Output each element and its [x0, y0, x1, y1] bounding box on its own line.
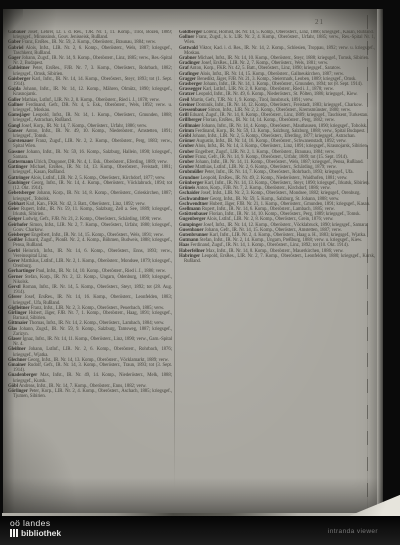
entry-surname: Görlinger — [8, 389, 28, 394]
register-entry: Gottwald Viktor, Kad. i. d. Res., IR. Nr… — [179, 46, 375, 56]
register-entry: Gratzer Leopold, Infst., IR. Nr. 49, 6. … — [179, 92, 375, 97]
entry-surname: Gerer — [8, 259, 20, 264]
register-entry: Geier Rupert, Infst., IR. Nr. 59, 11. Ko… — [8, 207, 172, 217]
register-entry: Gallner Ferdinand, Gefr., DR. Nr. 4, 5. … — [8, 103, 172, 113]
entry-surname: Gebetsberger — [8, 191, 35, 196]
register-entry: Gmainer Rudolf, Gefr., IR. Nr. 14, 3. Ko… — [8, 363, 172, 373]
entry-surname: Gleißner — [8, 347, 26, 352]
library-logo: oö landes bibliothek — [10, 518, 61, 538]
entry-surname: Gabriel — [8, 46, 23, 51]
register-entry: Gebetsberger Johann, Korp., IR. Nr. 14, … — [8, 191, 172, 201]
register-entry: Geißler Eduard, Zugsf., PionB. Nr. 2, 4.… — [8, 238, 172, 248]
entry-surname: Glaser — [8, 337, 21, 342]
entry-surname: Gerbl — [8, 249, 20, 254]
entry-surname: Gager — [8, 56, 21, 61]
register-entry: Gaber Franz, ErsRes., IR. Nr. 59, 2. Kom… — [8, 40, 172, 45]
register-entry: Gamsjäger Leopold, Infst., IR. Nr. 14, 1… — [8, 113, 172, 123]
register-entry: Gattinger Michael, ErsRes., IR. Nr. 14, … — [8, 165, 172, 175]
register-entry: Geiger Ludwig, Gefr., FJB. Nr. 21, 2. Ko… — [8, 217, 172, 222]
entry-surname: Habringer — [179, 254, 200, 259]
entry-surname: Gaubinger — [8, 181, 30, 186]
register-entry: Gollner Franz, Zugsf., k. k. LIR. Nr. 2,… — [179, 35, 375, 45]
register-entry: Girlinger Hubert, Jäger, FJB. Nr. 7, 1. … — [8, 311, 172, 321]
entry-surname: Gajda — [8, 87, 21, 92]
page-crease — [367, 15, 368, 509]
entry-surname: Gabauer — [8, 30, 26, 35]
register-entry: Glas Johann, Zugsf., IR. Nr. 59, 9. Komp… — [8, 327, 172, 337]
entry-surname: Gerstl — [8, 285, 21, 290]
entry-surname: Gassner — [8, 150, 24, 155]
entry-surname: Gallner — [8, 103, 23, 108]
entry-surname: Gaisberger — [8, 77, 30, 82]
register-entry: Gabriel Alois, Infst., LIR. Nr. 2, 6. Ko… — [8, 46, 172, 56]
logo-text-line2: bibliothek — [10, 528, 61, 538]
entry-surname: Gamsjäger — [8, 113, 30, 118]
register-entry: Gferer Josef, ErsRes., IR. Nr. 14, 16. K… — [8, 295, 172, 305]
text-column-left: Gabauer Josef, Lehrer, Lt. i. d. Res., T… — [8, 30, 172, 497]
logo-bars-icon — [10, 529, 19, 537]
register-entry: Gruber Alois, Infst., IR. Nr. 14, 3. Kom… — [179, 144, 375, 149]
entry-surname: Gnadenberger — [8, 373, 37, 378]
entry-surname: Geißler — [8, 238, 23, 243]
entry-surname: Glas — [8, 327, 17, 332]
entry-surname: Gattinger — [8, 165, 28, 170]
entry-surname: Geier — [8, 207, 19, 212]
scanned-page[interactable]: 21 Gabauer Josef, Lehrer, Lt. i. d. Res.… — [3, 9, 383, 513]
logo-text-line1: oö landes — [10, 518, 61, 528]
register-entry: Gassner Johann, Infst., IR. Nr. 59, 16. … — [8, 150, 172, 160]
page-right-edge — [377, 9, 383, 513]
entry-surname: Gottwald — [179, 46, 198, 51]
register-entry: Gager Johann, Zugsf., IR. Nr. 14, 9. Kom… — [8, 56, 172, 66]
page-number: 21 — [315, 18, 324, 26]
viewer-canvas[interactable]: 21 Gabauer Josef, Lehrer, Lt. i. d. Res.… — [0, 0, 400, 545]
viewer-product-label: intranda viewer — [328, 528, 378, 535]
register-entry: Gaubinger Georg, Infst., IR. Nr. 14, 4. … — [8, 181, 172, 191]
entry-surname: Girlinger — [8, 311, 27, 316]
register-entry: Garstenauer Franz, Zugsf., LIR. Nr. 2, 2… — [8, 139, 172, 149]
register-entry: Gleißner Johann, LstInf., LIR. Nr. 2, 6.… — [8, 347, 172, 357]
register-entry: Gerhartinger Paul, Infst., IR. Nr. 14, 1… — [8, 269, 172, 274]
entry-surname: Gollner — [179, 35, 194, 40]
register-entry: Gabauer Josef, Lehrer, Lt. i. d. Res., T… — [8, 30, 172, 40]
text-column-right: Goldberger Lorenz, Hornist, IR. Nr. 14, … — [179, 30, 375, 497]
register-entry: Ganser Anton, Infst., IR. Nr. 49, 10. Ko… — [8, 129, 172, 139]
column-divider — [174, 39, 175, 489]
register-entry: Görlinger Peter, Korp., LIR. Nr. 2, 4. K… — [8, 389, 172, 399]
entry-surname: Gferer — [8, 295, 21, 300]
register-entry: Glaser Ignaz, Infst., IR. Nr. 14, 11. Ko… — [8, 337, 172, 347]
register-entry: Gumpinger Josef, Infst., IR. Nr. 14, 12.… — [179, 223, 375, 228]
entry-surname: Geirhofer — [8, 223, 28, 228]
register-entry: Gajda Johann, Infst., IR. Nr. 14, 12. Ko… — [8, 87, 172, 97]
register-entry: Gaisberger Karl, Infst., IR. Nr. 14, 14.… — [8, 77, 172, 87]
register-entry: Geirhofer Simon, Infst., LIR. Nr. 2, 7. … — [8, 223, 172, 233]
viewer-footer: oö landes bibliothek intranda viewer — [0, 516, 400, 545]
entry-surname: Garstenauer — [8, 139, 33, 144]
register-entry: Gerbl Heinrich, Infst., IR. Nr. 14, 6. K… — [8, 249, 172, 259]
register-entry: Gahleitner Peter, ErsRes., FJB. Nr. 7, 3… — [8, 66, 172, 76]
register-entry: Gnadenberger Max, Infst., IR. Nr. 49, 14… — [8, 373, 172, 383]
entry-surname: Gerner — [8, 275, 23, 280]
logo-text-bibliothek: bibliothek — [21, 528, 61, 538]
register-entry: Gittmaier Thomas, Infst., IR. Nr. 14, 2.… — [8, 321, 172, 326]
register-entry: Gerer Matthäus, LstInf., LIR. Nr. 2, 1. … — [8, 259, 172, 269]
entry-surname: Gahleitner — [8, 66, 30, 71]
register-entry: Gerstl Roman, Infst., IR. Nr. 14, 5. Kom… — [8, 285, 172, 295]
register-entry: Grubmüller Peter, Infst., IR. Nr. 14, 7.… — [179, 170, 375, 175]
register-entry: Haas Ferdinand, Zugsf., IR. Nr. 14, 1. K… — [179, 243, 375, 248]
register-entry: Habringer Leopold, ErsRes., LIR. Nr. 2, … — [179, 254, 375, 264]
entry-surname: Ganser — [8, 129, 23, 134]
entry-surname: Gmainer — [8, 363, 26, 368]
register-entry: Gerner Stefan, Korp., IR. Nr. 2, 12. Kom… — [8, 275, 172, 285]
